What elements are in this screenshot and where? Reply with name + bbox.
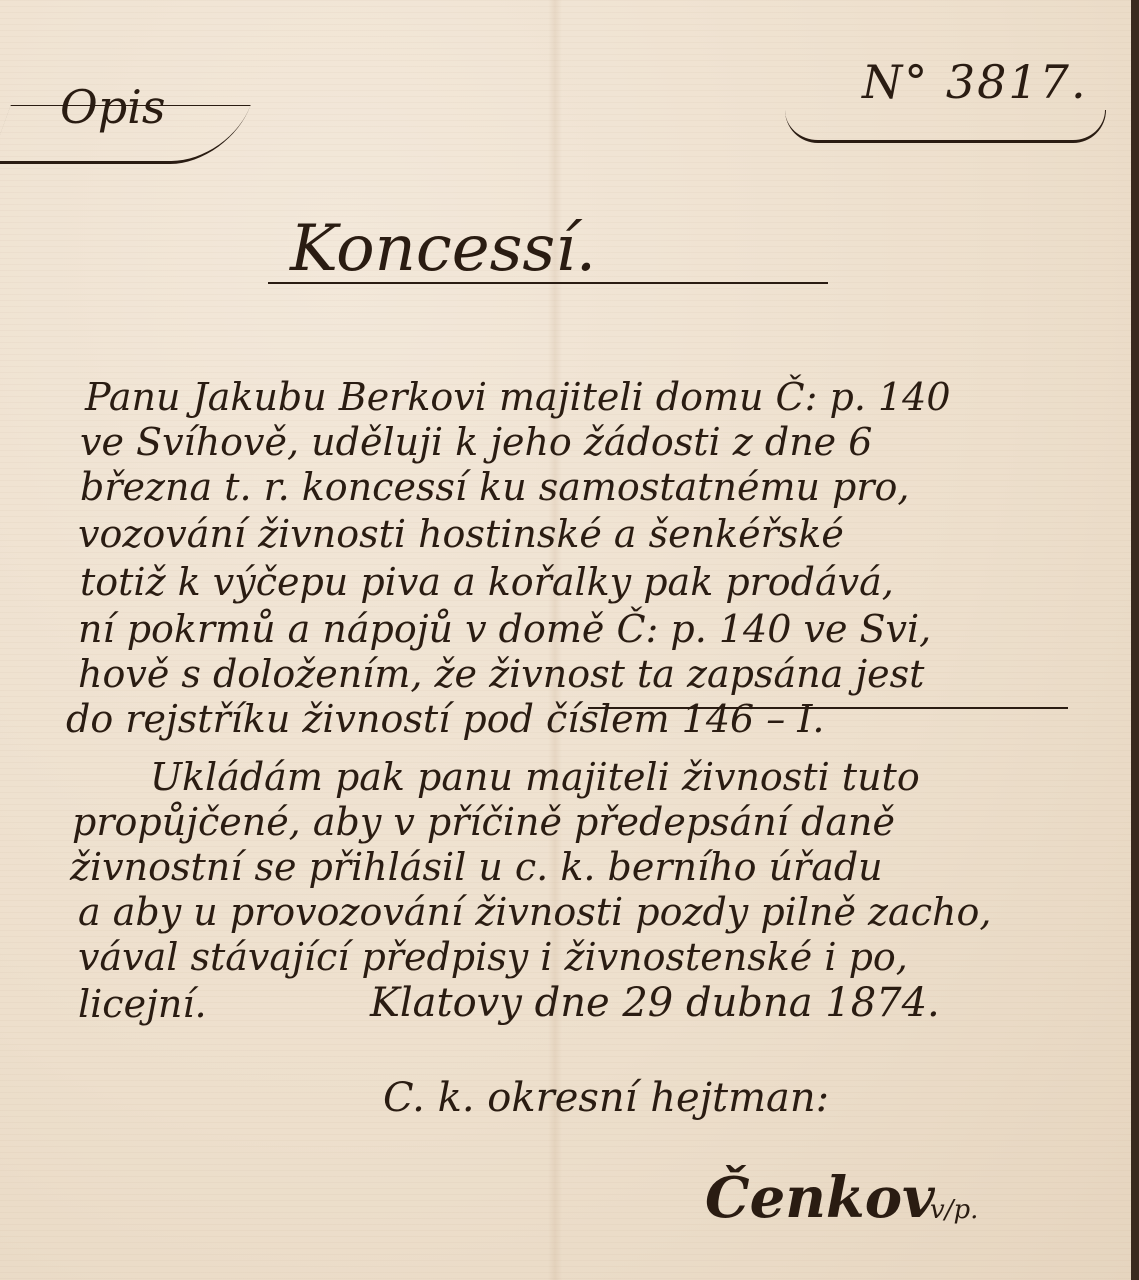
text-line: licejní. (78, 982, 207, 1026)
text-line: ní pokrmů a nápojů v domě Č: p. 140 ve S… (78, 607, 931, 651)
text-line: vozování živnosti hostinské a šenkéřské (78, 512, 844, 556)
text-line: Panu Jakubu Berkovi majiteli domu Č: p. … (85, 375, 951, 419)
document-title: Koncessí. (290, 212, 596, 286)
title-rule (268, 282, 828, 284)
text-line: března t. r. koncessí ku samostatnému pr… (80, 465, 910, 509)
text-line: Ukládám pak panu majiteli živnosti tuto (150, 755, 920, 799)
text-line: a aby u provozování živnosti pozdy pilně… (78, 890, 991, 934)
text-line: hově s doložením, že živnost ta zapsána … (78, 652, 924, 696)
text-line: živnostní se přihlásil u c. k. berního ú… (70, 845, 883, 889)
page-edge (1131, 0, 1139, 1280)
text-line: ve Svíhově, uděluji k jeho žádosti z dne… (80, 420, 872, 464)
signature: Čenkov (705, 1165, 935, 1231)
issuing-office: C. k. okresní hejtman: (383, 1075, 829, 1121)
copy-label: Opis (60, 80, 165, 134)
signature-note: v/p. (930, 1195, 978, 1225)
text-line: propůjčené, aby v příčině předepsání dan… (72, 800, 895, 844)
registry-number-underline (588, 707, 1068, 709)
text-line: totiž k výčepu piva a kořalky pak prodáv… (80, 560, 894, 604)
document-number-flourish (785, 110, 1106, 143)
place-and-date: Klatovy dne 29 dubna 1874. (370, 980, 940, 1026)
text-line: do rejstříku živností pod číslem 146 – I… (66, 697, 824, 741)
document-number: N° 3817. (862, 55, 1088, 109)
text-line: vával stávající předpisy i živnostenské … (78, 935, 908, 979)
